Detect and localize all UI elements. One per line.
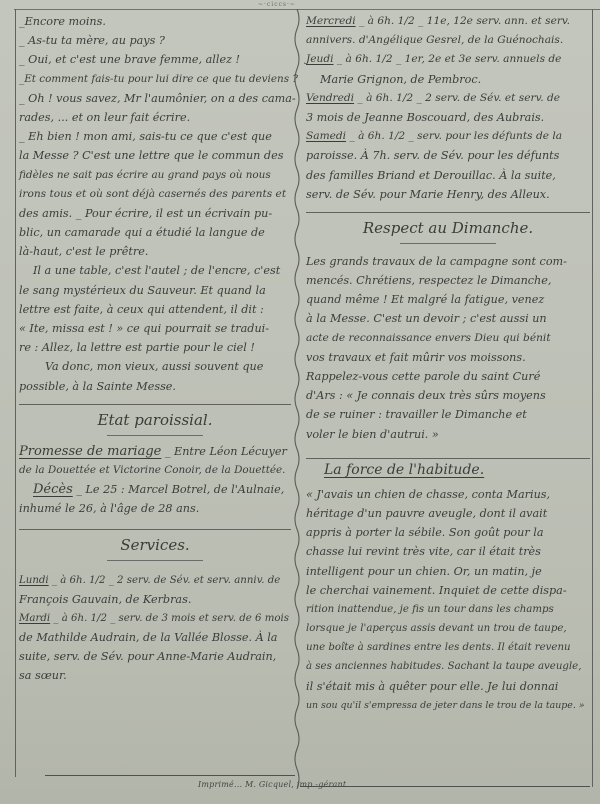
dialogue-line: _ Oh ! vous savez, Mr l'aumônier, on a d… (19, 89, 291, 108)
title-ornament (107, 431, 203, 436)
title-ornament (107, 556, 203, 561)
top-rule (14, 9, 600, 10)
deces-label: Décès (33, 482, 73, 497)
jeudi-label: Jeudi (306, 53, 334, 65)
service-line: Marie Grignon, de Pembroc. (306, 70, 590, 89)
habitude-line: il s'était mis à quêter pour elle. Je lu… (306, 677, 590, 696)
respect-line: à la Messe. C'est un devoir ; c'est auss… (306, 309, 590, 328)
habitude-line: rition inattendue, je fis un tour dans l… (306, 600, 590, 619)
habitude-line: héritage d'un pauvre aveugle, dont il av… (306, 504, 590, 523)
respect-dimanche-title: Respect au Dimanche. (306, 217, 590, 239)
service-line: François Gauvain, de Kerbras. (19, 590, 291, 609)
section-divider (306, 458, 590, 459)
dialogue-line: _Encore moins. (19, 12, 291, 31)
habitude-line: le cherchai vainement. Inquiet de cette … (306, 581, 590, 600)
etat-paroissial-title: Etat paroissial. (19, 409, 291, 431)
service-line: serv. de Sév. pour Marie Henry, des Alle… (306, 185, 590, 204)
respect-line: voler le bien d'autrui. » (306, 425, 590, 444)
promesse-line: de la Douettée et Victorine Conoir, de l… (19, 461, 291, 480)
dialogue-line: « Ite, missa est ! » ce qui pourrait se … (19, 319, 291, 338)
deces-line: Décès _ Le 25 : Marcel Botrel, de l'Auln… (19, 480, 291, 499)
mardi-label: Mardi (19, 613, 50, 624)
lundi-text: _ à 6h. 1/2 _ 2 serv. de Sév. et serv. a… (49, 575, 281, 586)
habitude-line: intelligent pour un chien. Or, un matin,… (306, 562, 590, 581)
right-border-rule (592, 9, 593, 787)
service-line: de Mathilde Audrain, de la Vallée Blosse… (19, 628, 291, 647)
dialogue-line: là-haut, c'est le prêtre. (19, 242, 291, 261)
dialogue-line: irons tous et où sont déjà casernés des … (19, 185, 291, 204)
mercredi-text: _ à 6h. 1/2 _ 11e, 12e serv. ann. et ser… (356, 15, 570, 27)
title-ornament (400, 239, 496, 244)
respect-line: Les grands travaux de la campagne sont c… (306, 252, 590, 271)
dialogue-line: blic, un camarade qui a étudié la langue… (19, 223, 291, 242)
habitude-line: une boîte à sardines entre les dents. Il… (306, 638, 590, 657)
respect-line: acte de reconnaissance envers Dieu qui b… (306, 329, 590, 348)
section-divider (19, 404, 291, 405)
respect-line: quand même ! Et malgré la fatigue, venez (306, 290, 590, 309)
left-border-rule (15, 9, 16, 777)
printer-imprint: Imprimé... M. Gicquel, imp.-gérant (198, 780, 346, 789)
dialogue-line: Il a une table, c'est l'autel ; de l'enc… (19, 261, 291, 280)
habitude-line: à ses anciennes habitudes. Sachant la ta… (306, 657, 590, 676)
respect-line: d'Ars : « Je connais deux très sûrs moye… (306, 386, 590, 405)
bottom-rule-left (45, 775, 295, 776)
section-divider (306, 212, 590, 213)
promesse-text: _ Entre Léon Lécuyer (161, 445, 286, 458)
promesse-label: Promesse de mariage (19, 444, 161, 459)
dialogue-line: re : Allez, la lettre est partie pour le… (19, 338, 291, 357)
section-divider (19, 529, 291, 530)
service-line: paroisse. À 7h. serv. de Sév. pour les d… (306, 146, 590, 165)
service-line: Mardi _ à 6h. 1/2 _ serv. de 3 mois et s… (19, 609, 291, 628)
service-line: 3 mois de Jeanne Boscouard, des Aubrais. (306, 108, 590, 127)
jeudi-text: _ à 6h. 1/2 _ 1er, 2e et 3e serv. annuel… (334, 53, 562, 65)
service-line: Samedi _ à 6h. 1/2 _ serv. pour les défu… (306, 127, 590, 146)
respect-line: Rappelez-vous cette parole du saint Curé (306, 367, 590, 386)
service-line: Vendredi _ à 6h. 1/2 _ 2 serv. de Sév. e… (306, 89, 590, 108)
lundi-label: Lundi (19, 575, 49, 586)
deces-line: inhumé le 26, à l'âge de 28 ans. (19, 499, 291, 518)
vendredi-label: Vendredi (306, 92, 354, 104)
dialogue-line: des amis. _ Pour écrire, il est un écriv… (19, 204, 291, 223)
habitude-title: La force de l'habitude. (324, 462, 484, 478)
respect-line: mencés. Chrétiens, respectez le Dimanche… (306, 271, 590, 290)
samedi-text: _ à 6h. 1/2 _ serv. pour les défunts de … (346, 130, 562, 142)
service-line: annivers. d'Angélique Gesrel, de la Guén… (306, 31, 590, 50)
dialogue-line: possible, à la Sainte Messe. (19, 377, 291, 396)
services-title: Services. (19, 534, 291, 556)
dialogue-line: _Et comment fais-tu pour lui dire ce que… (19, 70, 291, 89)
column-divider-wavy-line (291, 9, 303, 789)
vendredi-text: _ à 6h. 1/2 _ 2 serv. de Sév. et serv. d… (354, 92, 560, 104)
respect-line: de se ruiner : travailler le Dimanche et (306, 405, 590, 424)
mercredi-label: Mercredi (306, 15, 356, 27)
service-line: Mercredi _ à 6h. 1/2 _ 11e, 12e serv. an… (306, 12, 590, 31)
dialogue-line: fidèles ne sait pas écrire au grand pays… (19, 166, 291, 185)
right-column: Mercredi _ à 6h. 1/2 _ 11e, 12e serv. an… (306, 12, 590, 715)
top-center-mark: ~·ciccs·~ (258, 1, 296, 8)
respect-line: vos travaux et fait mûrir vos moissons. (306, 348, 590, 367)
service-line: Jeudi _ à 6h. 1/2 _ 1er, 2e et 3e serv. … (306, 50, 590, 69)
promesse-line: Promesse de mariage _ Entre Léon Lécuyer (19, 442, 291, 461)
habitude-line: appris à porter la sébile. Son goût pour… (306, 523, 590, 542)
dialogue-line: _ As-tu ta mère, au pays ? (19, 31, 291, 50)
dialogue-line: le sang mystérieux du Sauveur. Et quand … (19, 281, 291, 300)
habitude-line: « J'avais un chien de chasse, conta Mari… (306, 485, 590, 504)
left-column: _Encore moins. _ As-tu ta mère, au pays … (19, 12, 291, 686)
dialogue-line: _ Eh bien ! mon ami, sais-tu ce que c'es… (19, 127, 291, 146)
dialogue-line: rades, ... et on leur fait écrire. (19, 108, 291, 127)
samedi-label: Samedi (306, 130, 346, 142)
bulletin-page: ~·ciccs·~ _Encore moins. _ As-tu ta mère… (0, 0, 600, 804)
dialogue-line: Va donc, mon vieux, aussi souvent que (19, 357, 291, 376)
dialogue-line: _ Oui, et c'est une brave femme, allez ! (19, 50, 291, 69)
habitude-title-line: La force de l'habitude. (306, 461, 590, 485)
dialogue-line: lettre est faite, à ceux qui attendent, … (19, 300, 291, 319)
service-line: sa sœur. (19, 666, 291, 685)
dialogue-line: la Messe ? C'est une lettre que le commu… (19, 146, 291, 165)
habitude-line: un sou qu'il s'empressa de jeter dans le… (306, 696, 590, 715)
service-line: suite, serv. de Sév. pour Anne-Marie Aud… (19, 647, 291, 666)
habitude-line: chasse lui revint très vite, car il étai… (306, 542, 590, 561)
habitude-line: lorsque je l'aperçus assis devant un tro… (306, 619, 590, 638)
mardi-text: _ à 6h. 1/2 _ serv. de 3 mois et serv. d… (50, 613, 289, 624)
service-line: Lundi _ à 6h. 1/2 _ 2 serv. de Sév. et s… (19, 571, 291, 590)
service-line: des familles Briand et Derouillac. À la … (306, 166, 590, 185)
deces-text: _ Le 25 : Marcel Botrel, de l'Aulnaie, (73, 483, 285, 496)
